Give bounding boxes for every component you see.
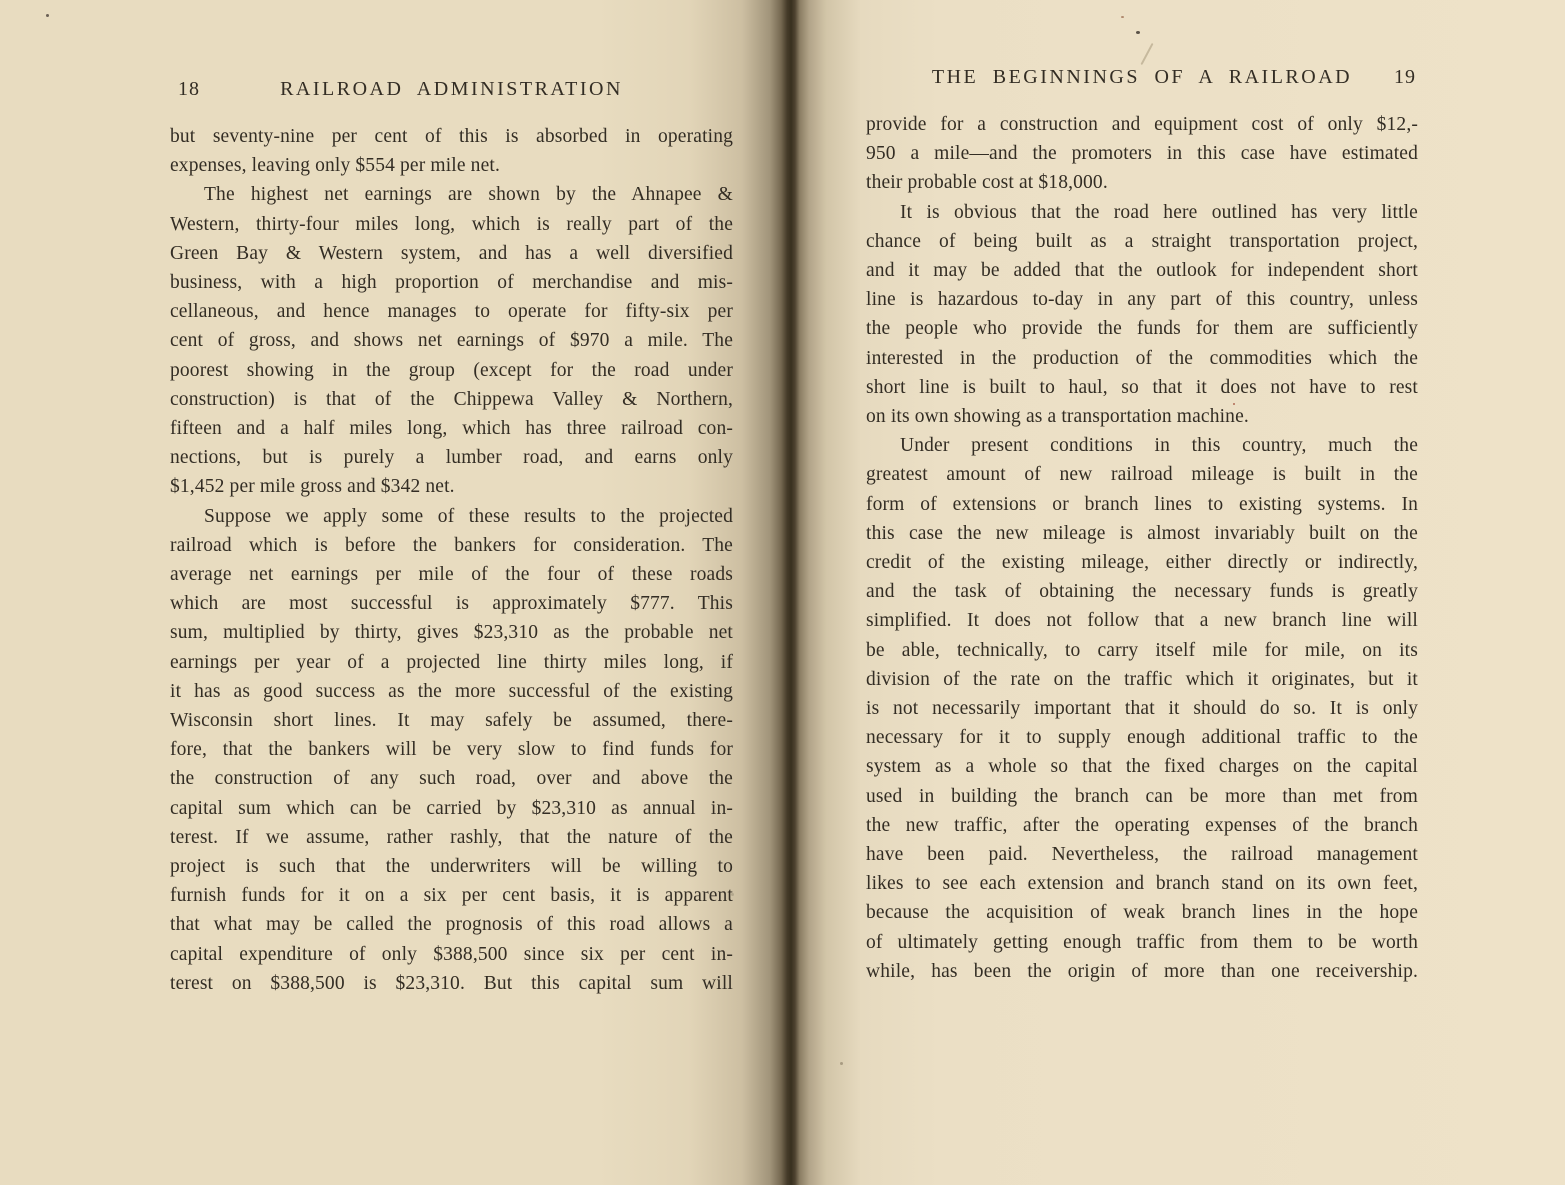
text-line: poorest showing in the group (except for…: [170, 356, 733, 385]
paragraph: The highest net earnings are shown by th…: [170, 180, 733, 501]
paper-speck: [46, 14, 49, 17]
text-line: this case the new mileage is almost inva…: [866, 519, 1418, 548]
text-line: be able, technically, to carry itself mi…: [866, 636, 1418, 665]
paper-scratch: [1140, 43, 1153, 65]
paragraph: Under present conditions in this country…: [866, 431, 1418, 986]
text-line: fore, that the bankers will be very slow…: [170, 735, 733, 764]
text-line: railroad which is before the bankers for…: [170, 531, 733, 560]
paragraph: provide for a construction and equipment…: [866, 110, 1418, 198]
text-line: cellaneous, and hence manages to operate…: [170, 297, 733, 326]
text-line: fifteen and a half miles long, which has…: [170, 414, 733, 443]
right-running-head: THE BEGINNINGS OF A RAILROAD: [866, 66, 1418, 89]
right-page-text: provide for a construction and equipment…: [866, 110, 1418, 986]
paper-speck: [1233, 403, 1235, 405]
left-page-header: 18 RAILROAD ADMINISTRATION: [170, 78, 733, 104]
text-line: the construction of any such road, over …: [170, 764, 733, 793]
text-line: capital expenditure of only $388,500 sin…: [170, 940, 733, 969]
text-line: division of the rate on the traffic whic…: [866, 665, 1418, 694]
left-running-head: RAILROAD ADMINISTRATION: [170, 78, 733, 101]
text-line: and the task of obtaining the necessary …: [866, 577, 1418, 606]
text-line: It is obvious that the road here outline…: [866, 198, 1418, 227]
text-line: Suppose we apply some of these results t…: [170, 502, 733, 531]
text-line: furnish funds for it on a six per cent b…: [170, 881, 733, 910]
text-line: Western, thirty-four miles long, which i…: [170, 210, 733, 239]
book-spread: 18 RAILROAD ADMINISTRATION but seventy-n…: [0, 0, 1565, 1185]
paper-speck: [1121, 16, 1124, 18]
text-line: Under present conditions in this country…: [866, 431, 1418, 460]
text-line: business, with a high proportion of merc…: [170, 268, 733, 297]
text-line: capital sum which can be carried by $23,…: [170, 794, 733, 823]
text-line: nections, but is purely a lumber road, a…: [170, 443, 733, 472]
text-line: 950 a mile—and the promoters in this cas…: [866, 139, 1418, 168]
text-line: chance of being built as a straight tran…: [866, 227, 1418, 256]
paper-speck: [1136, 31, 1140, 34]
text-line: sum, multiplied by thirty, gives $23,310…: [170, 618, 733, 647]
text-line: their probable cost at $18,000.: [866, 168, 1418, 197]
paper-speck: [731, 893, 734, 896]
text-line: the people who provide the funds for the…: [866, 314, 1418, 343]
text-line: provide for a construction and equipment…: [866, 110, 1418, 139]
text-line: credit of the existing mileage, either d…: [866, 548, 1418, 577]
text-line: likes to see each extension and branch s…: [866, 869, 1418, 898]
text-line: is not necessarily important that it sho…: [866, 694, 1418, 723]
right-page-number: 19: [1394, 66, 1416, 89]
text-line: Green Bay & Western system, and has a we…: [170, 239, 733, 268]
text-line: of ultimately getting enough traffic fro…: [866, 928, 1418, 957]
text-line: but seventy-nine per cent of this is abs…: [170, 122, 733, 151]
text-line: $1,452 per mile gross and $342 net.: [170, 472, 733, 501]
text-line: short line is built to haul, so that it …: [866, 373, 1418, 402]
text-line: necessary for it to supply enough additi…: [866, 723, 1418, 752]
text-line: cent of gross, and shows net earnings of…: [170, 326, 733, 355]
text-line: project is such that the underwriters wi…: [170, 852, 733, 881]
text-line: and it may be added that the outlook for…: [866, 256, 1418, 285]
left-page-text: but seventy-nine per cent of this is abs…: [170, 122, 733, 998]
text-line: have been paid. Nevertheless, the railro…: [866, 840, 1418, 869]
paragraph: but seventy-nine per cent of this is abs…: [170, 122, 733, 180]
text-line: on its own showing as a transportation m…: [866, 402, 1418, 431]
text-line: interested in the production of the comm…: [866, 344, 1418, 373]
text-line: Wisconsin short lines. It may safely be …: [170, 706, 733, 735]
text-line: it has as good success as the more succe…: [170, 677, 733, 706]
text-line: which are most successful is approximate…: [170, 589, 733, 618]
text-line: because the acquisition of weak branch l…: [866, 898, 1418, 927]
text-line: average net earnings per mile of the fou…: [170, 560, 733, 589]
text-line: terest. If we assume, rather rashly, tha…: [170, 823, 733, 852]
text-line: earnings per year of a projected line th…: [170, 648, 733, 677]
text-line: construction) is that of the Chippewa Va…: [170, 385, 733, 414]
text-line: expenses, leaving only $554 per mile net…: [170, 151, 733, 180]
text-line: form of extensions or branch lines to ex…: [866, 490, 1418, 519]
text-line: that what may be called the prognosis of…: [170, 910, 733, 939]
text-line: while, has been the origin of more than …: [866, 957, 1418, 986]
text-line: simplified. It does not follow that a ne…: [866, 606, 1418, 635]
paragraph: Suppose we apply some of these results t…: [170, 502, 733, 998]
text-line: terest on $388,500 is $23,310. But this …: [170, 969, 733, 998]
text-line: used in building the branch can be more …: [866, 782, 1418, 811]
text-line: greatest amount of new railroad mileage …: [866, 460, 1418, 489]
paper-speck: [840, 1062, 843, 1065]
text-line: system as a whole so that the fixed char…: [866, 752, 1418, 781]
text-line: line is hazardous to-day in any part of …: [866, 285, 1418, 314]
text-line: the new traffic, after the operating exp…: [866, 811, 1418, 840]
right-page-header: THE BEGINNINGS OF A RAILROAD 19: [866, 66, 1418, 92]
text-line: The highest net earnings are shown by th…: [170, 180, 733, 209]
paragraph: It is obvious that the road here outline…: [866, 198, 1418, 432]
